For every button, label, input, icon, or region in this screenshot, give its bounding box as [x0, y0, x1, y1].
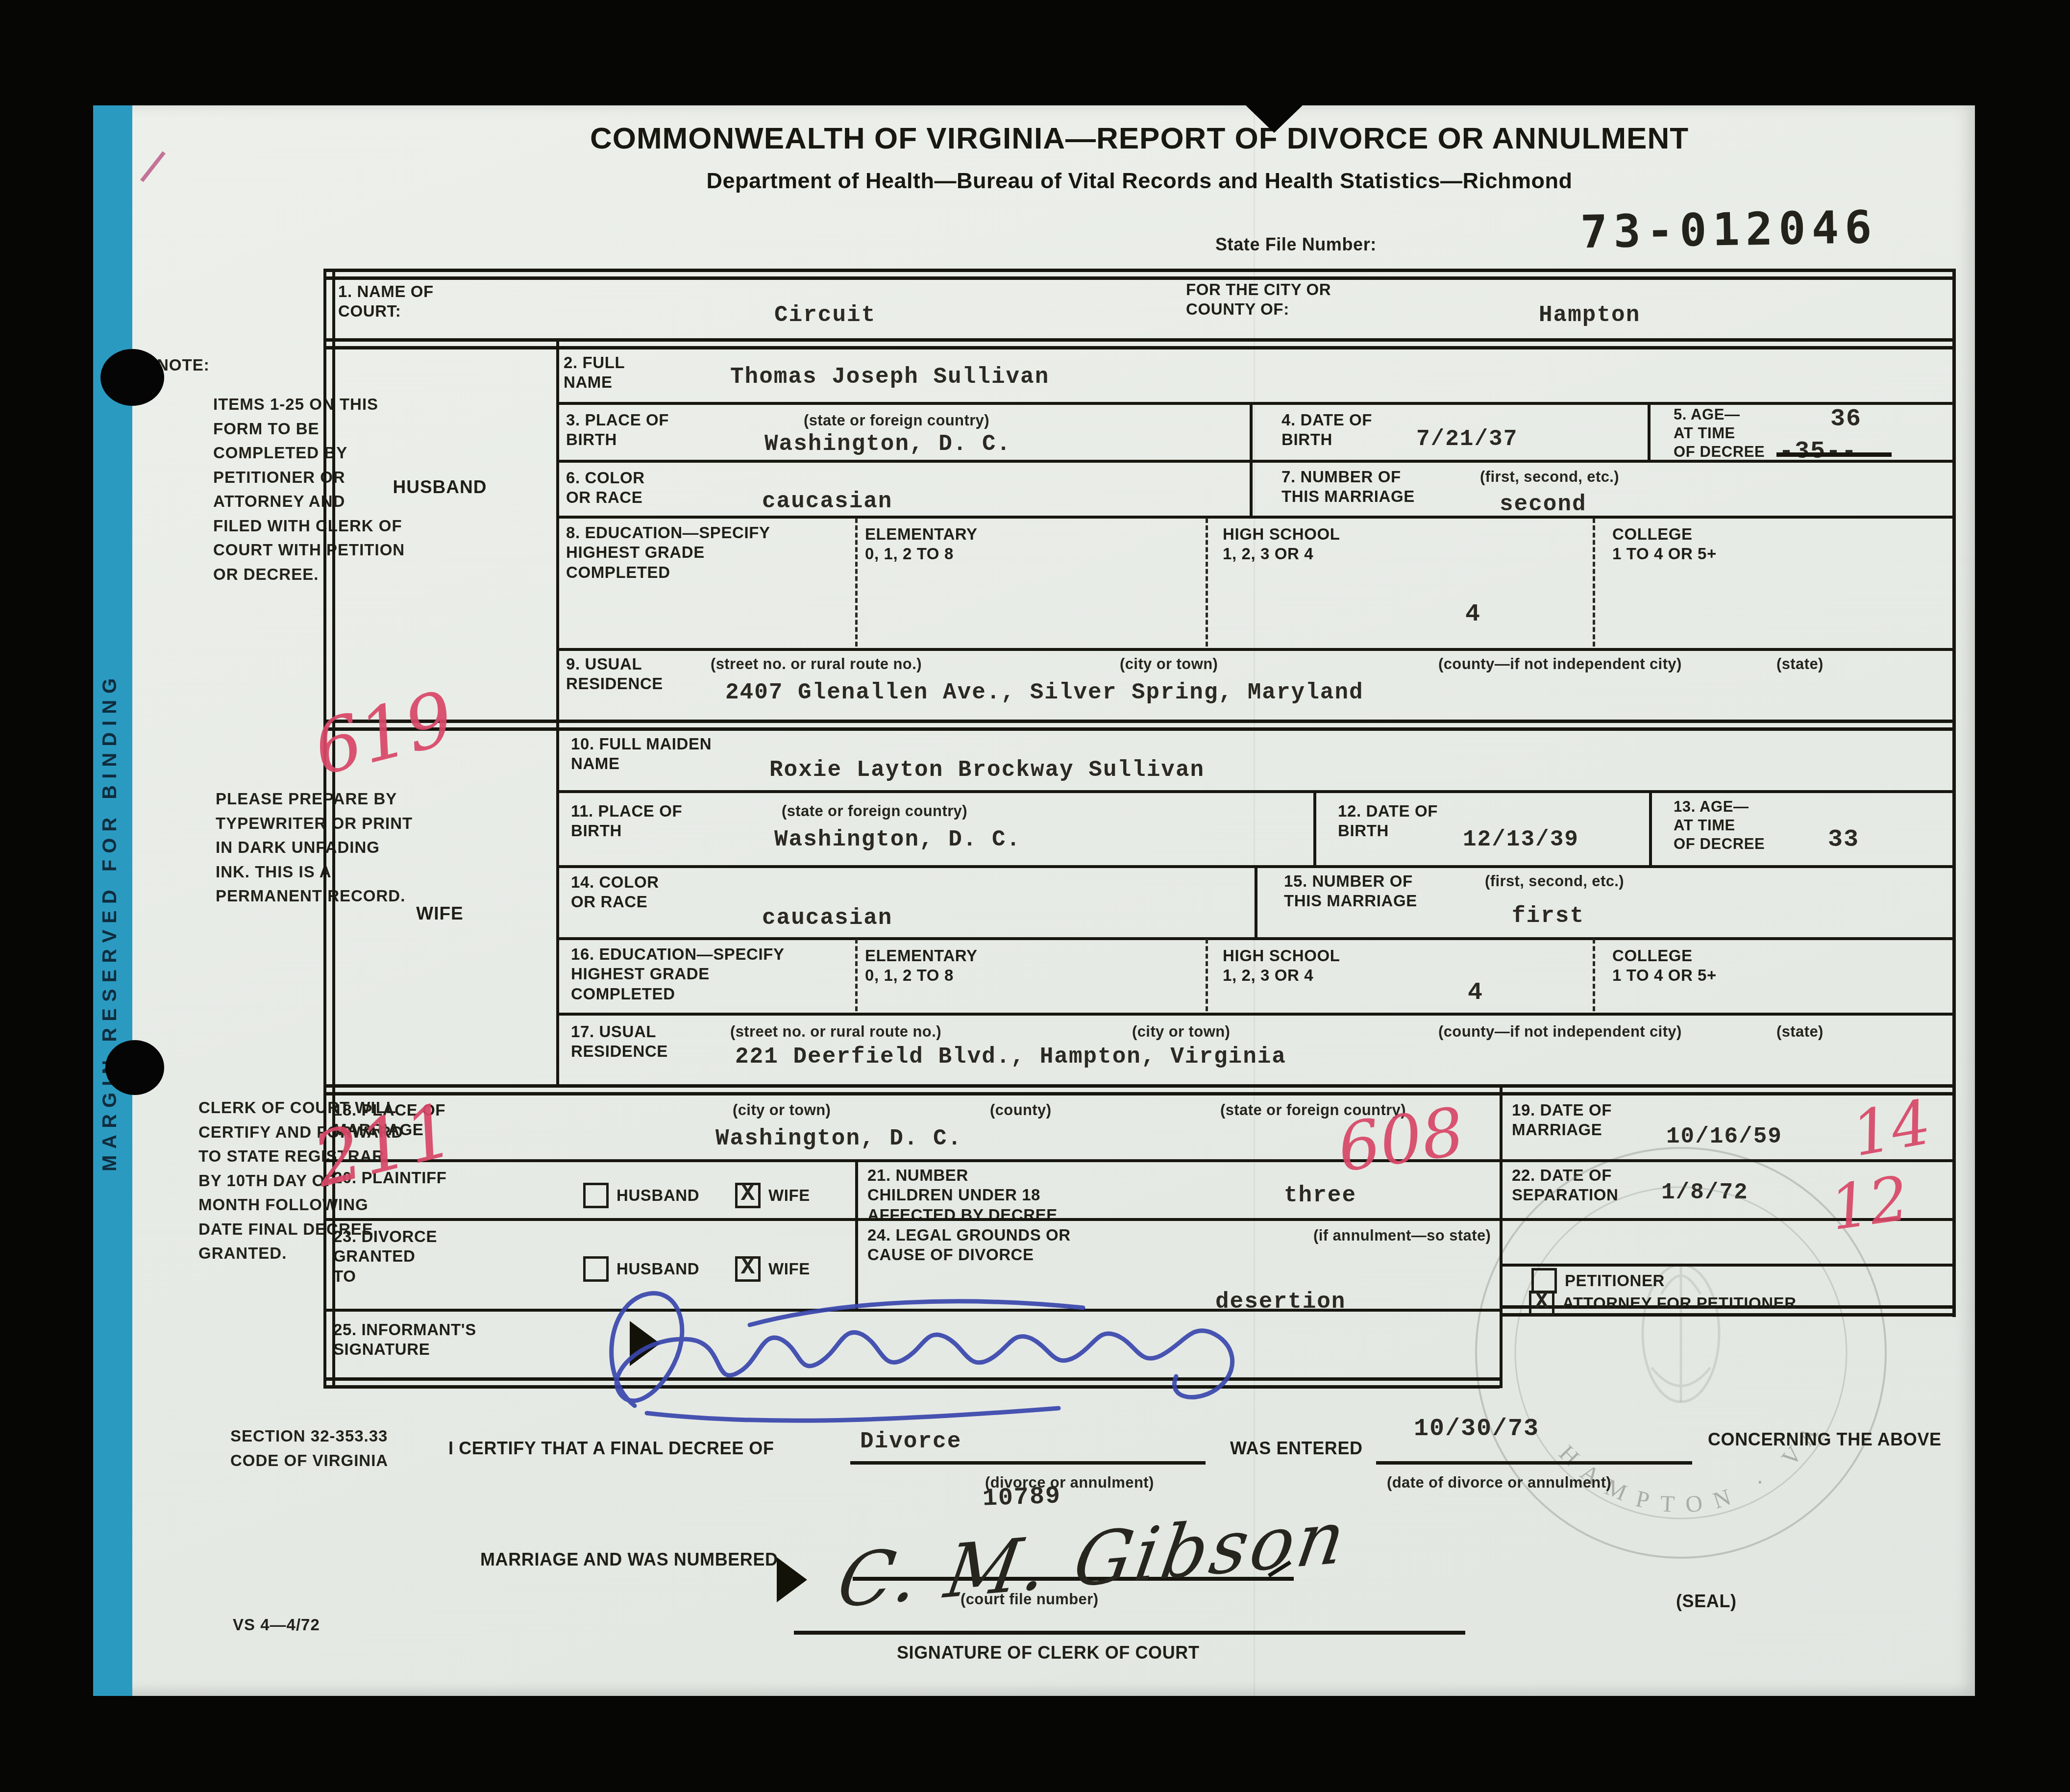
grid-line — [1500, 1161, 1503, 1218]
grid-line — [1500, 1264, 1955, 1267]
torn-notch — [1246, 105, 1303, 133]
field-3-label: 3. PLACE OF BIRTH — [566, 410, 669, 450]
field-10-value: Roxie Layton Brockway Sullivan — [769, 757, 1205, 783]
field-2-value: Thomas Joseph Sullivan — [730, 364, 1049, 390]
field-1-county-label: FOR THE CITY OR COUNTY OF: — [1186, 280, 1331, 320]
grid-line — [855, 939, 858, 1011]
grid-line — [1649, 790, 1652, 865]
husband-section-label: HUSBAND — [323, 477, 556, 498]
field-21-label: 21. NUMBER CHILDREN UNDER 18 AFFECTED BY… — [867, 1166, 1058, 1225]
field-8-highschool: HIGH SCHOOL 1, 2, 3 OR 4 — [1223, 524, 1340, 564]
field-14-label: 14. COLOR OR RACE — [571, 872, 659, 912]
field-17-hint-state: (state) — [1776, 1023, 1824, 1041]
blank-line — [850, 1461, 1206, 1465]
checkbox-label: PETITIONER — [1565, 1271, 1665, 1291]
field-23-label: 23. DIVORCE GRANTED TO — [333, 1227, 437, 1286]
field-22-annotation: 12 — [1826, 1163, 1913, 1244]
field-5-value-corrected: 36 — [1830, 405, 1862, 433]
field-15-label: 15. NUMBER OF THIS MARRIAGE — [1284, 871, 1417, 911]
grid-line — [556, 460, 1955, 463]
field-9-hint-street: (street no. or rural route no.) — [711, 655, 922, 673]
field-17-hint-county: (county—if not independent city) — [1438, 1023, 1682, 1041]
field-17-label: 17. USUAL RESIDENCE — [571, 1022, 668, 1062]
field-7-hint: (first, second, etc.) — [1480, 468, 1619, 486]
scan-background: MARGIN RESERVED FOR BINDING NOTE: ITEMS … — [0, 0, 2070, 1792]
checkbox-box: X — [735, 1183, 761, 1208]
punch-hole — [100, 349, 164, 406]
field-17-hint-city: (city or town) — [1132, 1023, 1230, 1041]
field-4-label: 4. DATE OF BIRTH — [1281, 410, 1372, 450]
field-10-label: 10. FULL MAIDEN NAME — [571, 734, 712, 774]
certify-date-value: 10/30/73 — [1414, 1415, 1539, 1443]
grid-line — [556, 516, 1955, 519]
field-1-value: Circuit — [774, 302, 876, 328]
field-16-label: 16. EDUCATION—SPECIFY HIGHEST GRADE COMP… — [571, 945, 785, 1004]
field-11-label: 11. PLACE OF BIRTH — [571, 801, 682, 841]
certify-decree-value: Divorce — [860, 1429, 961, 1454]
clerk-caption: SIGNATURE OF CLERK OF COURT — [897, 1642, 1200, 1664]
seal-label: (SEAL) — [1676, 1591, 1737, 1612]
punch-hole — [105, 1040, 164, 1095]
field-9-hint-county: (county—if not independent city) — [1438, 655, 1682, 673]
certify-text-3: CONCERNING THE ABOVE — [1708, 1429, 1942, 1450]
field-17-hint-street: (street no. or rural route no.) — [730, 1023, 941, 1041]
grid-line — [1952, 269, 1956, 1317]
field-13-label: 13. AGE— AT TIME OF DECREE — [1674, 797, 1765, 853]
blank-line — [1376, 1461, 1692, 1465]
field-18-hint-county: (county) — [990, 1101, 1051, 1119]
binding-strip: MARGIN RESERVED FOR BINDING — [93, 105, 132, 1696]
field-11-hint: (state or foreign country) — [782, 802, 967, 820]
field-9-label: 9. USUAL RESIDENCE — [566, 654, 663, 694]
plaintiff-husband-checkbox: HUSBAND — [583, 1183, 699, 1208]
field-9-hint-state: (state) — [1776, 655, 1824, 673]
field-16-elementary: ELEMENTARY 0, 1, 2 TO 8 — [865, 946, 978, 986]
field-5-label: 5. AGE— AT TIME OF DECREE — [1674, 405, 1765, 461]
field-1-label: 1. NAME OF COURT: — [338, 282, 434, 322]
clerk-pointer-icon — [777, 1557, 807, 1602]
grid-line — [1206, 518, 1208, 647]
field-24-label: 24. LEGAL GROUNDS OR CAUSE OF DIVORCE — [867, 1225, 1071, 1265]
file-number-label: State File Number: — [1215, 234, 1377, 255]
grid-line — [1255, 865, 1257, 937]
form-code: VS 4—4/72 — [233, 1613, 320, 1637]
grid-line — [1313, 790, 1316, 865]
checkbox-box — [583, 1183, 609, 1208]
field-8-college: COLLEGE 1 TO 4 OR 5+ — [1612, 524, 1717, 564]
field-19-label: 19. DATE OF MARRIAGE — [1512, 1100, 1612, 1140]
certify-hint-date: (date of divorce or annulment) — [1387, 1474, 1611, 1492]
petitioner-checkbox: PETITIONER — [1531, 1268, 1665, 1294]
grid-line — [1648, 402, 1651, 460]
field-18-hint-city: (city or town) — [733, 1101, 831, 1119]
pen-mark — [140, 151, 166, 182]
grid-line — [1500, 1084, 1503, 1159]
field-4-value: 7/21/37 — [1416, 426, 1518, 452]
field-12-value: 12/13/39 — [1463, 827, 1579, 852]
field-18-value: Washington, D. C. — [715, 1126, 962, 1151]
field-21-value: three — [1284, 1183, 1356, 1208]
file-number-value: 73-012046 — [1580, 201, 1878, 259]
field-14-value: caucasian — [762, 905, 892, 931]
grid-line — [323, 1218, 1955, 1221]
grid-line — [323, 1084, 1955, 1095]
grid-line — [556, 648, 1955, 651]
field-24-hint: (if annulment—so state) — [1313, 1227, 1491, 1244]
signature-line — [794, 1631, 1465, 1635]
wife-section-label: WIFE — [323, 903, 556, 924]
field-9-value: 2407 Glenallen Ave., Silver Spring, Mary… — [725, 680, 1364, 705]
note-section: SECTION 32-353.33 CODE OF VIRGINIA — [230, 1424, 388, 1472]
checkbox-box: X — [1529, 1291, 1554, 1316]
grid-line — [323, 1159, 1955, 1162]
checkbox-label: HUSBAND — [616, 1186, 699, 1205]
field-3-value: Washington, D. C. — [764, 431, 1011, 457]
note-prepare: PLEASE PREPARE BY TYPEWRITER OR PRINT IN… — [216, 787, 413, 908]
grid-line — [855, 518, 858, 647]
field-7-value: second — [1500, 492, 1587, 517]
field-15-hint: (first, second, etc.) — [1485, 872, 1624, 890]
svg-text:HAMPTON · VA: HAMPTON · VA — [1554, 1411, 1830, 1518]
grid-line — [855, 1161, 858, 1218]
checkbox-label: ATTORNEY FOR PETITIONER — [1562, 1294, 1797, 1313]
certify-text-1: I CERTIFY THAT A FINAL DECREE OF — [448, 1438, 774, 1459]
informant-signature — [588, 1266, 1313, 1428]
grid-line — [323, 269, 1955, 280]
grid-line — [556, 937, 1955, 940]
grid-line — [556, 790, 1955, 793]
grid-line — [1500, 1218, 1503, 1309]
field-9-hint-city: (city or town) — [1120, 655, 1218, 673]
plaintiff-wife-checkbox: X WIFE — [735, 1183, 810, 1208]
checkbox-label: WIFE — [768, 1186, 810, 1205]
field-7-label: 7. NUMBER OF THIS MARRIAGE — [1281, 467, 1415, 507]
field-12-label: 12. DATE OF BIRTH — [1338, 801, 1438, 841]
grid-line — [556, 402, 1955, 405]
grid-line — [1250, 402, 1253, 460]
grid-line — [323, 338, 1955, 349]
certify-text-2: WAS ENTERED — [1230, 1438, 1363, 1459]
field-3-hint: (state or foreign country) — [804, 412, 989, 429]
grid-line — [1593, 518, 1595, 647]
grid-line — [556, 338, 559, 1084]
field-17-value: 221 Deerfield Blvd., Hampton, Virginia — [735, 1044, 1286, 1070]
grid-line — [1500, 1309, 1503, 1388]
field-6-label: 6. COLOR OR RACE — [566, 468, 645, 508]
field-6-value: caucasian — [762, 489, 892, 514]
seal-arc-text: HAMPTON · VA — [1554, 1411, 1830, 1518]
page-title: COMMONWEALTH OF VIRGINIA—REPORT OF DIVOR… — [323, 121, 1955, 156]
grid-line — [1250, 460, 1253, 516]
form-paper: MARGIN RESERVED FOR BINDING NOTE: ITEMS … — [93, 105, 1975, 1696]
court-file-number-value: 10789 — [982, 1482, 1061, 1513]
field-15-value: first — [1512, 903, 1584, 929]
grid-line — [1593, 939, 1595, 1011]
field-19-annotation: 14 — [1847, 1087, 1936, 1170]
grid-line — [323, 720, 1955, 731]
field-16-highschool: HIGH SCHOOL 1, 2, 3 OR 4 — [1223, 946, 1340, 986]
field-1-county-value: Hampton — [1539, 302, 1640, 328]
field-16-hs-value: 4 — [1468, 979, 1483, 1007]
grid-line — [1206, 939, 1208, 1011]
field-25-label: 25. INFORMANT'S SIGNATURE — [333, 1320, 476, 1360]
field-13-value: 33 — [1828, 826, 1859, 854]
note-heading: NOTE: — [157, 353, 210, 377]
numbered-label: MARRIAGE AND WAS NUMBERED — [480, 1549, 778, 1570]
field-16-college: COLLEGE 1 TO 4 OR 5+ — [1612, 946, 1717, 986]
grid-line — [323, 269, 335, 1388]
strike-line — [1776, 452, 1892, 457]
attorney-checkbox: X ATTORNEY FOR PETITIONER — [1529, 1291, 1797, 1316]
page-subtitle: Department of Health—Bureau of Vital Rec… — [323, 168, 1955, 194]
field-11-value: Washington, D. C. — [774, 827, 1021, 852]
field-2-label: 2. FULL NAME — [564, 353, 625, 393]
field-8-elementary: ELEMENTARY 0, 1, 2 TO 8 — [865, 524, 978, 564]
field-8-label: 8. EDUCATION—SPECIFY HIGHEST GRADE COMPL… — [566, 523, 770, 582]
field-8-hs-value: 4 — [1465, 600, 1481, 628]
grid-line — [556, 1013, 1955, 1016]
